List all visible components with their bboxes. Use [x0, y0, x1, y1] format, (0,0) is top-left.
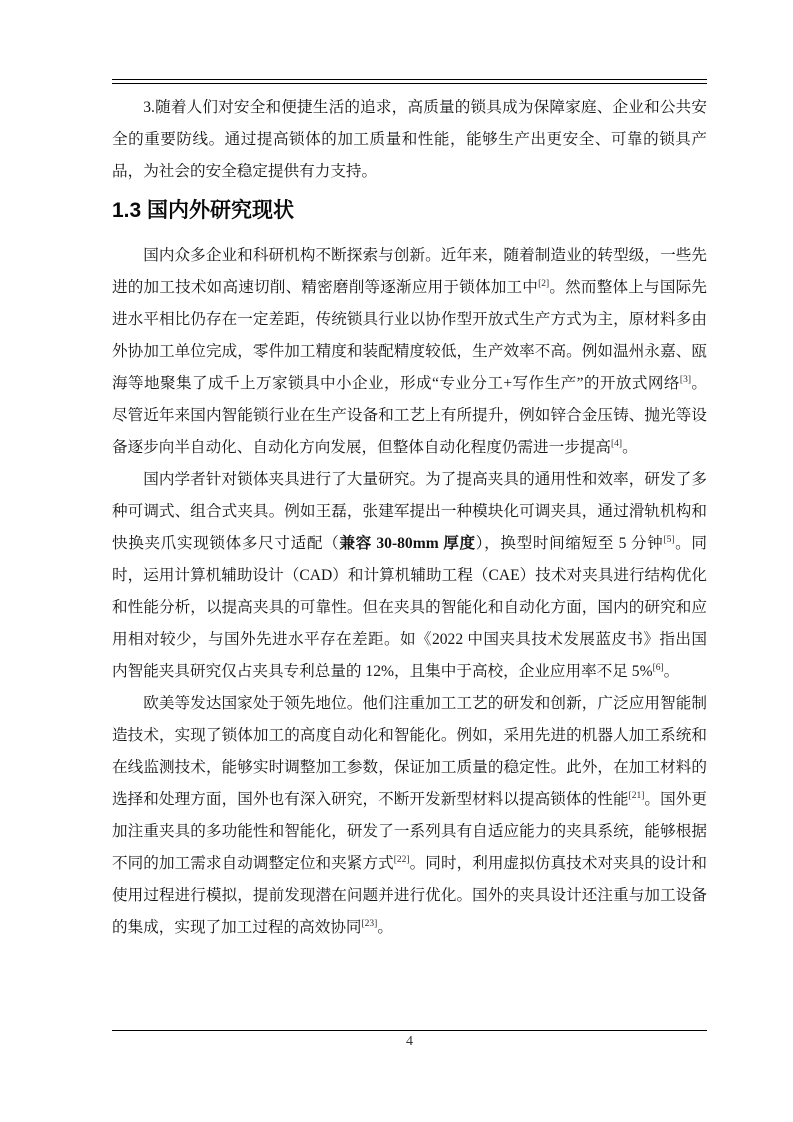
paragraph-domestic-industry-status: 国内众多企业和科研机构不断探索与创新。近年来，随着制造业的转型级，一些先进的加工…	[112, 240, 707, 464]
citation-marker: [6]	[653, 663, 664, 673]
text-run: 3.随着人们对安全和便捷生活的追求，高质量的锁具成为保障家庭、企业和公共安全的重…	[112, 99, 707, 180]
citation-marker: [21]	[629, 791, 645, 801]
citation-marker: [2]	[538, 279, 549, 289]
document-page: 3.随着人们对安全和便捷生活的追求，高质量的锁具成为保障家庭、企业和公共安全的重…	[0, 0, 793, 1122]
bold-text-run: 兼容 30-80mm 厚度	[339, 535, 475, 552]
header-rule	[112, 79, 707, 84]
paragraph-foreign-research-status: 欧美等发达国家处于领先地位。他们注重加工工艺的研发和创新，广泛应用智能制造技术，…	[112, 688, 707, 944]
footer-rule	[112, 1030, 707, 1031]
page-body: 3.随着人们对安全和便捷生活的追求，高质量的锁具成为保障家庭、企业和公共安全的重…	[112, 92, 707, 944]
citation-marker: [3]	[680, 375, 691, 385]
page-number: 4	[112, 1034, 707, 1050]
paragraph-domestic-fixture-research: 国内学者针对锁体夹具进行了大量研究。为了提高夹具的通用性和效率，研发了多种可调式…	[112, 464, 707, 688]
text-run: 。同时，运用计算机辅助设计（CAD）和计算机辅助工程（CAE）技术对夹具进行结构…	[112, 535, 707, 680]
text-run: ），换型时间缩短至 5 分钟	[476, 535, 664, 552]
paragraph-intro-significance: 3.随着人们对安全和便捷生活的追求，高质量的锁具成为保障家庭、企业和公共安全的重…	[112, 92, 707, 188]
section-heading: 1.3 国内外研究现状	[112, 196, 707, 226]
text-run: 欧美等发达国家处于领先地位。他们注重加工工艺的研发和创新，广泛应用智能制造技术，…	[112, 695, 707, 808]
citation-marker: [22]	[394, 855, 410, 865]
citation-marker: [4]	[611, 439, 622, 449]
text-run: 。	[664, 663, 680, 680]
text-run: 。	[622, 439, 638, 456]
text-run: 。	[377, 919, 393, 936]
citation-marker: [5]	[663, 535, 674, 545]
citation-marker: [23]	[362, 919, 378, 929]
